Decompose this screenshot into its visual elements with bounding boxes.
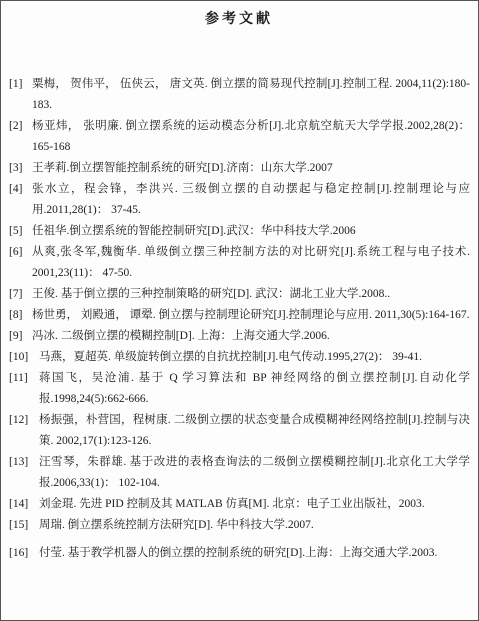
reference-text: 王俊. 基于倒立摆的三种控制策略的研究[D]. 武汉：湖北工业大学.2008.. bbox=[32, 288, 390, 300]
reference-item: [15]周瑞. 倒立摆系统控制方法研究[D]. 华中科技大学.2007. bbox=[8, 515, 470, 536]
reference-item: [7]王俊. 基于倒立摆的三种控制策略的研究[D]. 武汉：湖北工业大学.200… bbox=[8, 284, 470, 305]
reference-item: [9]冯冰. 二级倒立摆的模糊控制[D]. 上海：上海交通大学.2006. bbox=[8, 326, 470, 347]
page-title: 参考文献 bbox=[8, 11, 470, 29]
reference-number: [15] bbox=[9, 515, 28, 536]
reference-text: 冯冰. 二级倒立摆的模糊控制[D]. 上海：上海交通大学.2006. bbox=[32, 330, 330, 342]
reference-number: [3] bbox=[9, 158, 22, 179]
reference-item: [11]蒋国飞，吴沧浦. 基于 Q 学习算法和 BP 神经网络的倒立摆控制[J]… bbox=[8, 368, 470, 410]
reference-number: [2] bbox=[9, 116, 22, 137]
reference-number: [7] bbox=[9, 284, 22, 305]
reference-item: [10]马燕，夏超英. 单级旋转倒立摆的自抗扰控制[J].电气传动.1995,2… bbox=[8, 347, 470, 368]
reference-text: 蒋国飞，吴沧浦. 基于 Q 学习算法和 BP 神经网络的倒立摆控制[J].自动化… bbox=[39, 372, 470, 405]
reference-number: [8] bbox=[9, 305, 22, 326]
reference-text: 刘金琨. 先进 PID 控制及其 MATLAB 仿真[M]. 北京：电子工业出版… bbox=[39, 498, 425, 510]
reference-number: [13] bbox=[9, 452, 28, 473]
reference-number: [5] bbox=[9, 221, 22, 242]
reference-item: [5]任祖华.倒立摆系统的智能控制研究[D].武汉：华中科技大学.2006 bbox=[8, 221, 470, 242]
reference-item: [2]杨亚炜， 张明廉. 倒立摆系统的运动模态分析[J].北京航空航天大学学报.… bbox=[8, 116, 470, 158]
reference-text: 付莹. 基于教学机器人的倒立摆的控制系统的研究[D].上海：上海交通大学.200… bbox=[39, 547, 437, 559]
reference-text: 周瑞. 倒立摆系统控制方法研究[D]. 华中科技大学.2007. bbox=[39, 519, 314, 531]
reference-text: 马燕，夏超英. 单级旋转倒立摆的自抗扰控制[J].电气传动.1995,27(2)… bbox=[39, 351, 422, 363]
reference-text: 王孝莉.倒立摆智能控制系统的研究[D].济南：山东大学.2007 bbox=[32, 162, 333, 174]
reference-text: 杨亚炜， 张明廉. 倒立摆系统的运动模态分析[J].北京航空航天大学学报.200… bbox=[32, 120, 470, 153]
reference-number: [11] bbox=[9, 368, 28, 389]
reference-number: [16] bbox=[9, 543, 28, 564]
reference-text: 张水立，程会锋，李洪兴. 三级倒立摆的自动摆起与稳定控制[J].控制理论与应用.… bbox=[32, 183, 470, 216]
reference-text: 粟梅， 贺伟平， 伍侠云， 唐文英. 倒立摆的简易现代控制[J].控制工程. 2… bbox=[32, 78, 470, 111]
reference-item: [12]杨振强，朴营国，程树康. 二级倒立摆的状态变量合成模糊神经网络控制[J]… bbox=[8, 410, 470, 452]
reference-item: [8]杨世勇， 刘殿通， 谭翚. 倒立摆与控制理论研究[J].控制理论与应用. … bbox=[8, 305, 470, 326]
reference-item: [6]从爽,张冬军,魏衡华. 单级倒立摆三种控制方法的对比研究[J].系统工程与… bbox=[8, 242, 470, 284]
reference-item: [4]张水立，程会锋，李洪兴. 三级倒立摆的自动摆起与稳定控制[J].控制理论与… bbox=[8, 179, 470, 221]
reference-number: [1] bbox=[9, 74, 22, 95]
reference-item: [13]汪雪琴，朱群雄. 基于改进的表格查询法的二级倒立摆模糊控制[J].北京化… bbox=[8, 452, 470, 494]
reference-item: [3]王孝莉.倒立摆智能控制系统的研究[D].济南：山东大学.2007 bbox=[8, 158, 470, 179]
reference-number: [14] bbox=[9, 494, 28, 515]
reference-item: [16]付莹. 基于教学机器人的倒立摆的控制系统的研究[D].上海：上海交通大学… bbox=[8, 543, 470, 564]
reference-number: [6] bbox=[9, 242, 22, 263]
reference-text: 杨振强，朴营国，程树康. 二级倒立摆的状态变量合成模糊神经网络控制[J].控制与… bbox=[39, 414, 470, 447]
reference-text: 汪雪琴，朱群雄. 基于改进的表格查询法的二级倒立摆模糊控制[J].北京化工大学学… bbox=[39, 456, 470, 489]
reference-text: 杨世勇， 刘殿通， 谭翚. 倒立摆与控制理论研究[J].控制理论与应用. 201… bbox=[32, 309, 470, 321]
reference-item: [1]粟梅， 贺伟平， 伍侠云， 唐文英. 倒立摆的简易现代控制[J].控制工程… bbox=[8, 74, 470, 116]
reference-text: 任祖华.倒立摆系统的智能控制研究[D].武汉：华中科技大学.2006 bbox=[32, 225, 356, 237]
reference-number: [10] bbox=[9, 347, 28, 368]
reference-text: 从爽,张冬军,魏衡华. 单级倒立摆三种控制方法的对比研究[J].系统工程与电子技… bbox=[32, 246, 470, 279]
document-page: 参考文献 [1]粟梅， 贺伟平， 伍侠云， 唐文英. 倒立摆的简易现代控制[J]… bbox=[0, 0, 479, 621]
reference-item: [14]刘金琨. 先进 PID 控制及其 MATLAB 仿真[M]. 北京：电子… bbox=[8, 494, 470, 515]
reference-number: [9] bbox=[9, 326, 22, 347]
reference-list: [1]粟梅， 贺伟平， 伍侠云， 唐文英. 倒立摆的简易现代控制[J].控制工程… bbox=[8, 74, 470, 564]
reference-number: [12] bbox=[9, 410, 28, 431]
reference-number: [4] bbox=[9, 179, 22, 200]
